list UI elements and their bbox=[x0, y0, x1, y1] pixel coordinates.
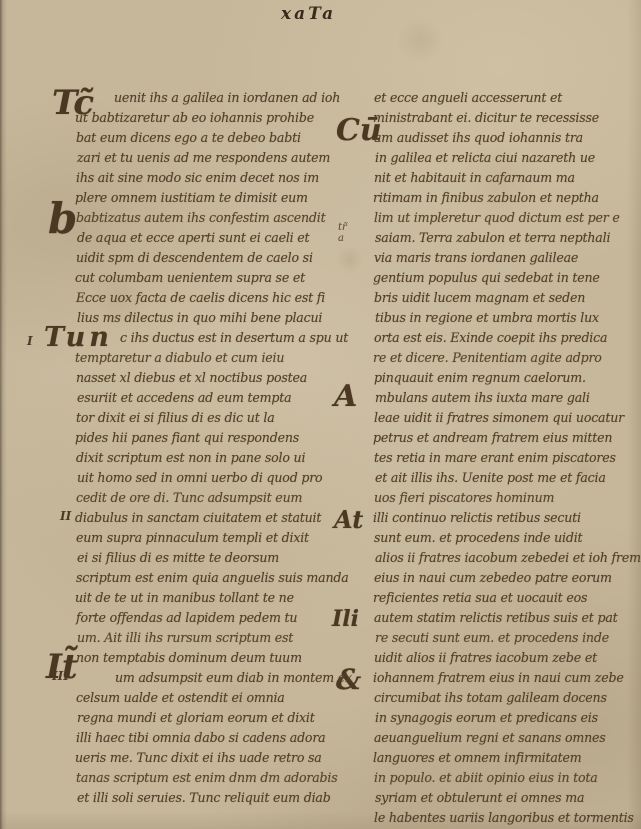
manuscript-line: am audisset ihs quod iohannis tra bbox=[374, 128, 636, 148]
manuscript-line: bris uidit lucem magnam et seden bbox=[374, 288, 636, 308]
manuscript-line: leae uidit ii fratres simonem qui uocatu… bbox=[374, 408, 636, 428]
manuscript-line: esuriit et accedens ad eum tempta bbox=[77, 388, 339, 408]
manuscript-line: orta est eis. Exinde coepit ihs predica bbox=[374, 328, 636, 348]
margin-numeral-ii: II bbox=[60, 509, 71, 523]
manuscript-line: uos fieri piscatores hominum bbox=[374, 488, 636, 508]
manuscript-line: um adsumpsit eum diab in montem ex bbox=[75, 668, 337, 688]
manuscript-line: tibus in regione et umbra mortis lux bbox=[375, 308, 637, 328]
manuscript-line: babtizatus autem ihs confestim ascendit bbox=[76, 208, 338, 228]
manuscript-line: syriam et obtulerunt ei omnes ma bbox=[375, 788, 637, 808]
manuscript-line: re et dicere. Penitentiam agite adpro bbox=[373, 348, 635, 368]
manuscript-line: lius ms dilectus in quo mihi bene placui bbox=[77, 308, 339, 328]
manuscript-line: Ecce uox facta de caelis dicens hic est … bbox=[76, 288, 338, 308]
manuscript-line: zari et tu uenis ad me respondens autem bbox=[77, 148, 339, 168]
manuscript-line: tes retia in mare erant enim piscatores bbox=[374, 448, 636, 468]
manuscript-line: in synagogis eorum et predicans eis bbox=[375, 708, 637, 728]
manuscript-line: uit homo sed in omni uerbo di quod pro bbox=[77, 468, 339, 488]
running-title: xaTa bbox=[281, 4, 336, 24]
manuscript-line: um. Ait illi ihs rursum scriptum est bbox=[77, 628, 339, 648]
manuscript-line: uit de te ut in manibus tollant te ne bbox=[75, 588, 337, 608]
manuscript-line: ritimam in finibus zabulon et neptha bbox=[373, 188, 635, 208]
manuscript-line: iohannem fratrem eius in naui cum zebe bbox=[373, 668, 635, 688]
manuscript-line: ihs ait sine modo sic enim decet nos im bbox=[76, 168, 338, 188]
initial-iterum: It̃ bbox=[46, 650, 78, 684]
manuscript-line: uidit spm di descendentem de caelo si bbox=[76, 248, 338, 268]
manuscript-line: via maris trans iordanen galileae bbox=[374, 248, 636, 268]
manuscript-line: ut babtizaretur ab eo iohannis prohibe bbox=[75, 108, 337, 128]
text-column-right: et ecce angueli accesserunt etministraba… bbox=[374, 88, 636, 828]
manuscript-line: ministrabant ei. dicitur te recessisse bbox=[373, 108, 635, 128]
manuscript-line: et illi soli seruies. Tunc reliquit eum … bbox=[77, 788, 339, 808]
manuscript-line: eius in naui cum zebedeo patre eorum bbox=[374, 568, 636, 588]
manuscript-page: xaTa I II III tr̃ a Tc̃ b Tun It̃ Cū A … bbox=[0, 0, 641, 829]
manuscript-line: et ecce angueli accesserunt et bbox=[374, 88, 636, 108]
manuscript-line: c ihs ductus est in desertum a spu ut bbox=[76, 328, 338, 348]
marginal-gloss-top: tr̃ bbox=[338, 222, 347, 233]
manuscript-line: dixit scriptum est non in pane solo ui bbox=[76, 448, 338, 468]
manuscript-line: reficientes retia sua et uocauit eos bbox=[373, 588, 635, 608]
manuscript-line: in populo. et abiit opinio eius in tota bbox=[374, 768, 636, 788]
marginal-gloss-bottom: a bbox=[338, 233, 347, 244]
manuscript-line: de aqua et ecce aperti sunt ei caeli et bbox=[77, 228, 339, 248]
manuscript-line: uenit ihs a galilea in iordanen ad ioh bbox=[76, 88, 338, 108]
initial-at-illi: At bbox=[334, 508, 363, 532]
manuscript-line: nit et habitauit in cafarnaum ma bbox=[374, 168, 636, 188]
manuscript-line: re secuti sunt eum. et procedens inde bbox=[375, 628, 637, 648]
manuscript-line: autem statim relictis retibus suis et pa… bbox=[374, 608, 636, 628]
text-column-left: uenit ihs a galilea in iordanen ad iohut… bbox=[76, 88, 338, 808]
initial-baptizatus: b bbox=[48, 198, 77, 240]
manuscript-line: cedit de ore di. Tunc adsumpsit eum bbox=[76, 488, 338, 508]
margin-numeral-i: I bbox=[27, 334, 33, 348]
manuscript-line: tor dixit ei si filius di es dic ut la bbox=[76, 408, 338, 428]
manuscript-line: alios ii fratres iacobum zebedei et ioh … bbox=[375, 548, 637, 568]
manuscript-line: le habentes uariis langoribus et torment… bbox=[374, 808, 636, 828]
manuscript-line: pides hii panes fiant qui respondens bbox=[75, 428, 337, 448]
manuscript-line: forte offendas ad lapidem pedem tu bbox=[76, 608, 338, 628]
manuscript-line: petrus et andream fratrem eius mitten bbox=[373, 428, 635, 448]
manuscript-line: ueris me. Tunc dixit ei ihs uade retro s… bbox=[75, 748, 337, 768]
manuscript-line: ei si filius di es mitte te deorsum bbox=[77, 548, 339, 568]
manuscript-line: pinquauit enim regnum caelorum. bbox=[374, 368, 636, 388]
manuscript-line: temptaretur a diabulo et cum ieiu bbox=[75, 348, 337, 368]
manuscript-line: languores et omnem infirmitatem bbox=[373, 748, 635, 768]
manuscript-line: mbulans autem ihs iuxta mare gali bbox=[375, 388, 637, 408]
manuscript-line: sunt eum. et procedens inde uidit bbox=[374, 528, 636, 548]
manuscript-line: illi continuo relictis retibus secuti bbox=[373, 508, 635, 528]
manuscript-line: scriptum est enim quia anguelis suis man… bbox=[76, 568, 338, 588]
manuscript-line: uidit alios ii fratres iacobum zebe et bbox=[374, 648, 636, 668]
marginal-gloss: tr̃ a bbox=[338, 222, 347, 244]
manuscript-line: eum supra pinnaculum templi et dixit bbox=[76, 528, 338, 548]
manuscript-line: gentium populus qui sedebat in tene bbox=[373, 268, 635, 288]
manuscript-line: celsum ualde et ostendit ei omnia bbox=[76, 688, 338, 708]
manuscript-line: circumibat ihs totam galileam docens bbox=[374, 688, 636, 708]
manuscript-line: bat eum dicens ego a te debeo babti bbox=[76, 128, 338, 148]
manuscript-line: illi haec tibi omnia dabo si cadens ador… bbox=[76, 728, 338, 748]
manuscript-line: nasset xl diebus et xl noctibus postea bbox=[76, 368, 338, 388]
manuscript-line: cut columbam uenientem supra se et bbox=[75, 268, 337, 288]
manuscript-line: in galilea et relicta ciui nazareth ue bbox=[375, 148, 637, 168]
manuscript-line: non temptabis dominum deum tuum bbox=[76, 648, 338, 668]
manuscript-line: et ait illis ihs. Uenite post me et faci… bbox=[375, 468, 637, 488]
manuscript-line: lim ut impleretur quod dictum est per e bbox=[374, 208, 636, 228]
manuscript-line: saiam. Terra zabulon et terra nepthali bbox=[375, 228, 637, 248]
manuscript-line: diabulus in sanctam ciuitatem et statuit bbox=[75, 508, 337, 528]
manuscript-line: plere omnem iustitiam te dimisit eum bbox=[75, 188, 337, 208]
manuscript-line: tanas scriptum est enim dnm dm adorabis bbox=[76, 768, 338, 788]
manuscript-line: aeuanguelium regni et sanans omnes bbox=[374, 728, 636, 748]
manuscript-line: regna mundi et gloriam eorum et dixit bbox=[77, 708, 339, 728]
